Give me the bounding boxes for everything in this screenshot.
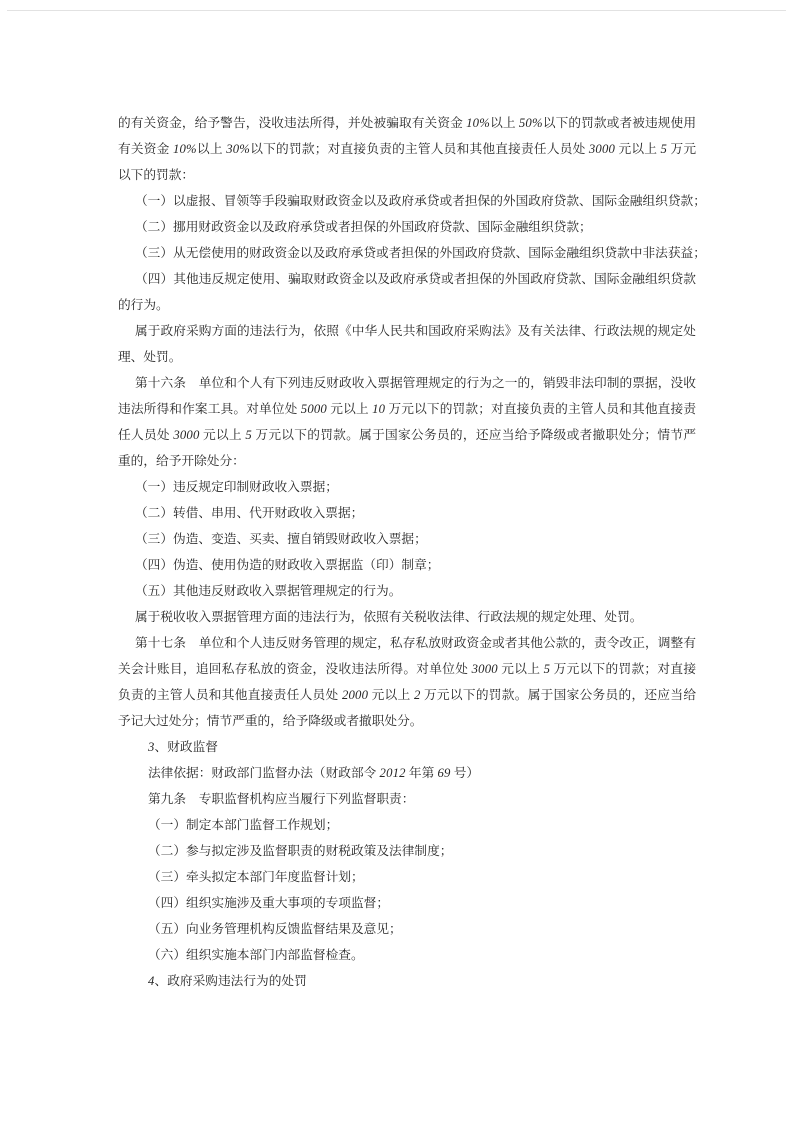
text-line: 属于政府采购方面的违法行为，依照《中华人民共和国政府采购法》及有关法律、行政法规… (118, 318, 696, 344)
text-line: 有关资金 10%以上 30%以下的罚款；对直接负责的主管人员和其他直接责任人员处… (118, 136, 696, 162)
numbered-heading: 3、财政监督 (118, 734, 696, 760)
text-line: （四）伪造、使用伪造的财政收入票据监（印）制章； (118, 552, 696, 578)
text-line: （一）违反规定印制财政收入票据； (118, 474, 696, 500)
page-top-edge-line (7, 10, 786, 11)
text-line: 理、处罚。 (118, 344, 696, 370)
document-page: 的有关资金，给予警告，没收违法所得，并处被骗取有关资金 10%以上 50%以下的… (0, 0, 793, 1122)
text-line: （二）挪用财政资金以及政府承贷或者担保的外国政府贷款、国际金融组织贷款； (118, 214, 696, 240)
text-line: 第十六条 单位和个人有下列违反财政收入票据管理规定的行为之一的，销毁非法印制的票… (118, 370, 696, 396)
list-item: （三）牵头拟定本部门年度监督计划； (118, 864, 696, 890)
text-line: 第九条 专职监督机构应当履行下列监督职责： (118, 786, 696, 812)
text-line: 的有关资金，给予警告，没收违法所得，并处被骗取有关资金 10%以上 50%以下的… (118, 110, 696, 136)
body-paragraph: 属于税收收入票据管理方面的违法行为，依照有关税收法律、行政法规的规定处理、处罚。 (118, 604, 696, 630)
text-line: （四）组织实施涉及重大事项的专项监督； (118, 890, 696, 916)
list-item: （二）挪用财政资金以及政府承贷或者担保的外国政府贷款、国际金融组织贷款； (118, 214, 696, 240)
text-line: （三）牵头拟定本部门年度监督计划； (118, 864, 696, 890)
list-item: （一）违反规定印制财政收入票据； (118, 474, 696, 500)
text-line: 的行为。 (118, 292, 696, 318)
text-line: （一）制定本部门监督工作规划； (118, 812, 696, 838)
numbered-heading: 4、政府采购违法行为的处罚 (118, 968, 696, 994)
list-item: （四）其他违反规定使用、骗取财政资金以及政府承贷或者担保的外国政府贷款、国际金融… (118, 266, 696, 318)
list-item: （二）转借、串用、代开财政收入票据； (118, 500, 696, 526)
document-content: 的有关资金，给予警告，没收违法所得，并处被骗取有关资金 10%以上 50%以下的… (118, 110, 696, 994)
text-line: （五）向业务管理机构反馈监督结果及意见； (118, 916, 696, 942)
text-line: 关会计账目，追回私存私放的资金，没收违法所得。对单位处 3000 元以上 5 万… (118, 656, 696, 682)
text-line: 违法所得和作案工具。对单位处 5000 元以上 10 万元以下的罚款；对直接负责… (118, 396, 696, 422)
text-line: （一）以虚报、冒领等手段骗取财政资金以及政府承贷或者担保的外国政府贷款、国际金融… (118, 188, 696, 214)
list-item: （五）向业务管理机构反馈监督结果及意见； (118, 916, 696, 942)
continuation-paragraph: 的有关资金，给予警告，没收违法所得，并处被骗取有关资金 10%以上 50%以下的… (118, 110, 696, 188)
text-line: 4、政府采购违法行为的处罚 (118, 968, 696, 994)
list-item: （五）其他违反财政收入票据管理规定的行为。 (118, 578, 696, 604)
text-line: 予记大过处分；情节严重的，给予降级或者撤职处分。 (118, 708, 696, 734)
text-line: 重的，给予开除处分： (118, 448, 696, 474)
text-line: （四）其他违反规定使用、骗取财政资金以及政府承贷或者担保的外国政府贷款、国际金融… (118, 266, 696, 292)
text-line: （六）组织实施本部门内部监督检查。 (118, 942, 696, 968)
list-item: （一）以虚报、冒领等手段骗取财政资金以及政府承贷或者担保的外国政府贷款、国际金融… (118, 188, 696, 214)
list-item: （四）伪造、使用伪造的财政收入票据监（印）制章； (118, 552, 696, 578)
text-line: 3、财政监督 (118, 734, 696, 760)
list-item: （三）伪造、变造、买卖、擅自销毁财政收入票据； (118, 526, 696, 552)
list-item: （四）组织实施涉及重大事项的专项监督； (118, 890, 696, 916)
list-item: （一）制定本部门监督工作规划； (118, 812, 696, 838)
body-paragraph: 属于政府采购方面的违法行为，依照《中华人民共和国政府采购法》及有关法律、行政法规… (118, 318, 696, 370)
text-line: （五）其他违反财政收入票据管理规定的行为。 (118, 578, 696, 604)
text-line: 法律依据：财政部门监督办法（财政部令 2012 年第 69 号） (118, 760, 696, 786)
text-line: （二）转借、串用、代开财政收入票据； (118, 500, 696, 526)
body-paragraph: 法律依据：财政部门监督办法（财政部令 2012 年第 69 号） (118, 760, 696, 786)
text-line: （二）参与拟定涉及监督职责的财税政策及法律制度； (118, 838, 696, 864)
text-line: （三）伪造、变造、买卖、擅自销毁财政收入票据； (118, 526, 696, 552)
text-line: 负责的主管人员和其他直接责任人员处 2000 元以上 2 万元以下的罚款。属于国… (118, 682, 696, 708)
article-paragraph: 第十六条 单位和个人有下列违反财政收入票据管理规定的行为之一的，销毁非法印制的票… (118, 370, 696, 474)
article-paragraph: 第九条 专职监督机构应当履行下列监督职责： (118, 786, 696, 812)
text-line: 属于税收收入票据管理方面的违法行为，依照有关税收法律、行政法规的规定处理、处罚。 (118, 604, 696, 630)
list-item: （三）从无偿使用的财政资金以及政府承贷或者担保的外国政府贷款、国际金融组织贷款中… (118, 240, 696, 266)
text-line: 第十七条 单位和个人违反财务管理的规定，私存私放财政资金或者其他公款的，责令改正… (118, 630, 696, 656)
article-paragraph: 第十七条 单位和个人违反财务管理的规定，私存私放财政资金或者其他公款的，责令改正… (118, 630, 696, 734)
list-item: （六）组织实施本部门内部监督检查。 (118, 942, 696, 968)
text-line: （三）从无偿使用的财政资金以及政府承贷或者担保的外国政府贷款、国际金融组织贷款中… (118, 240, 696, 266)
list-item: （二）参与拟定涉及监督职责的财税政策及法律制度； (118, 838, 696, 864)
text-line: 以下的罚款： (118, 162, 696, 188)
text-line: 任人员处 3000 元以上 5 万元以下的罚款。属于国家公务员的，还应当给予降级… (118, 422, 696, 448)
